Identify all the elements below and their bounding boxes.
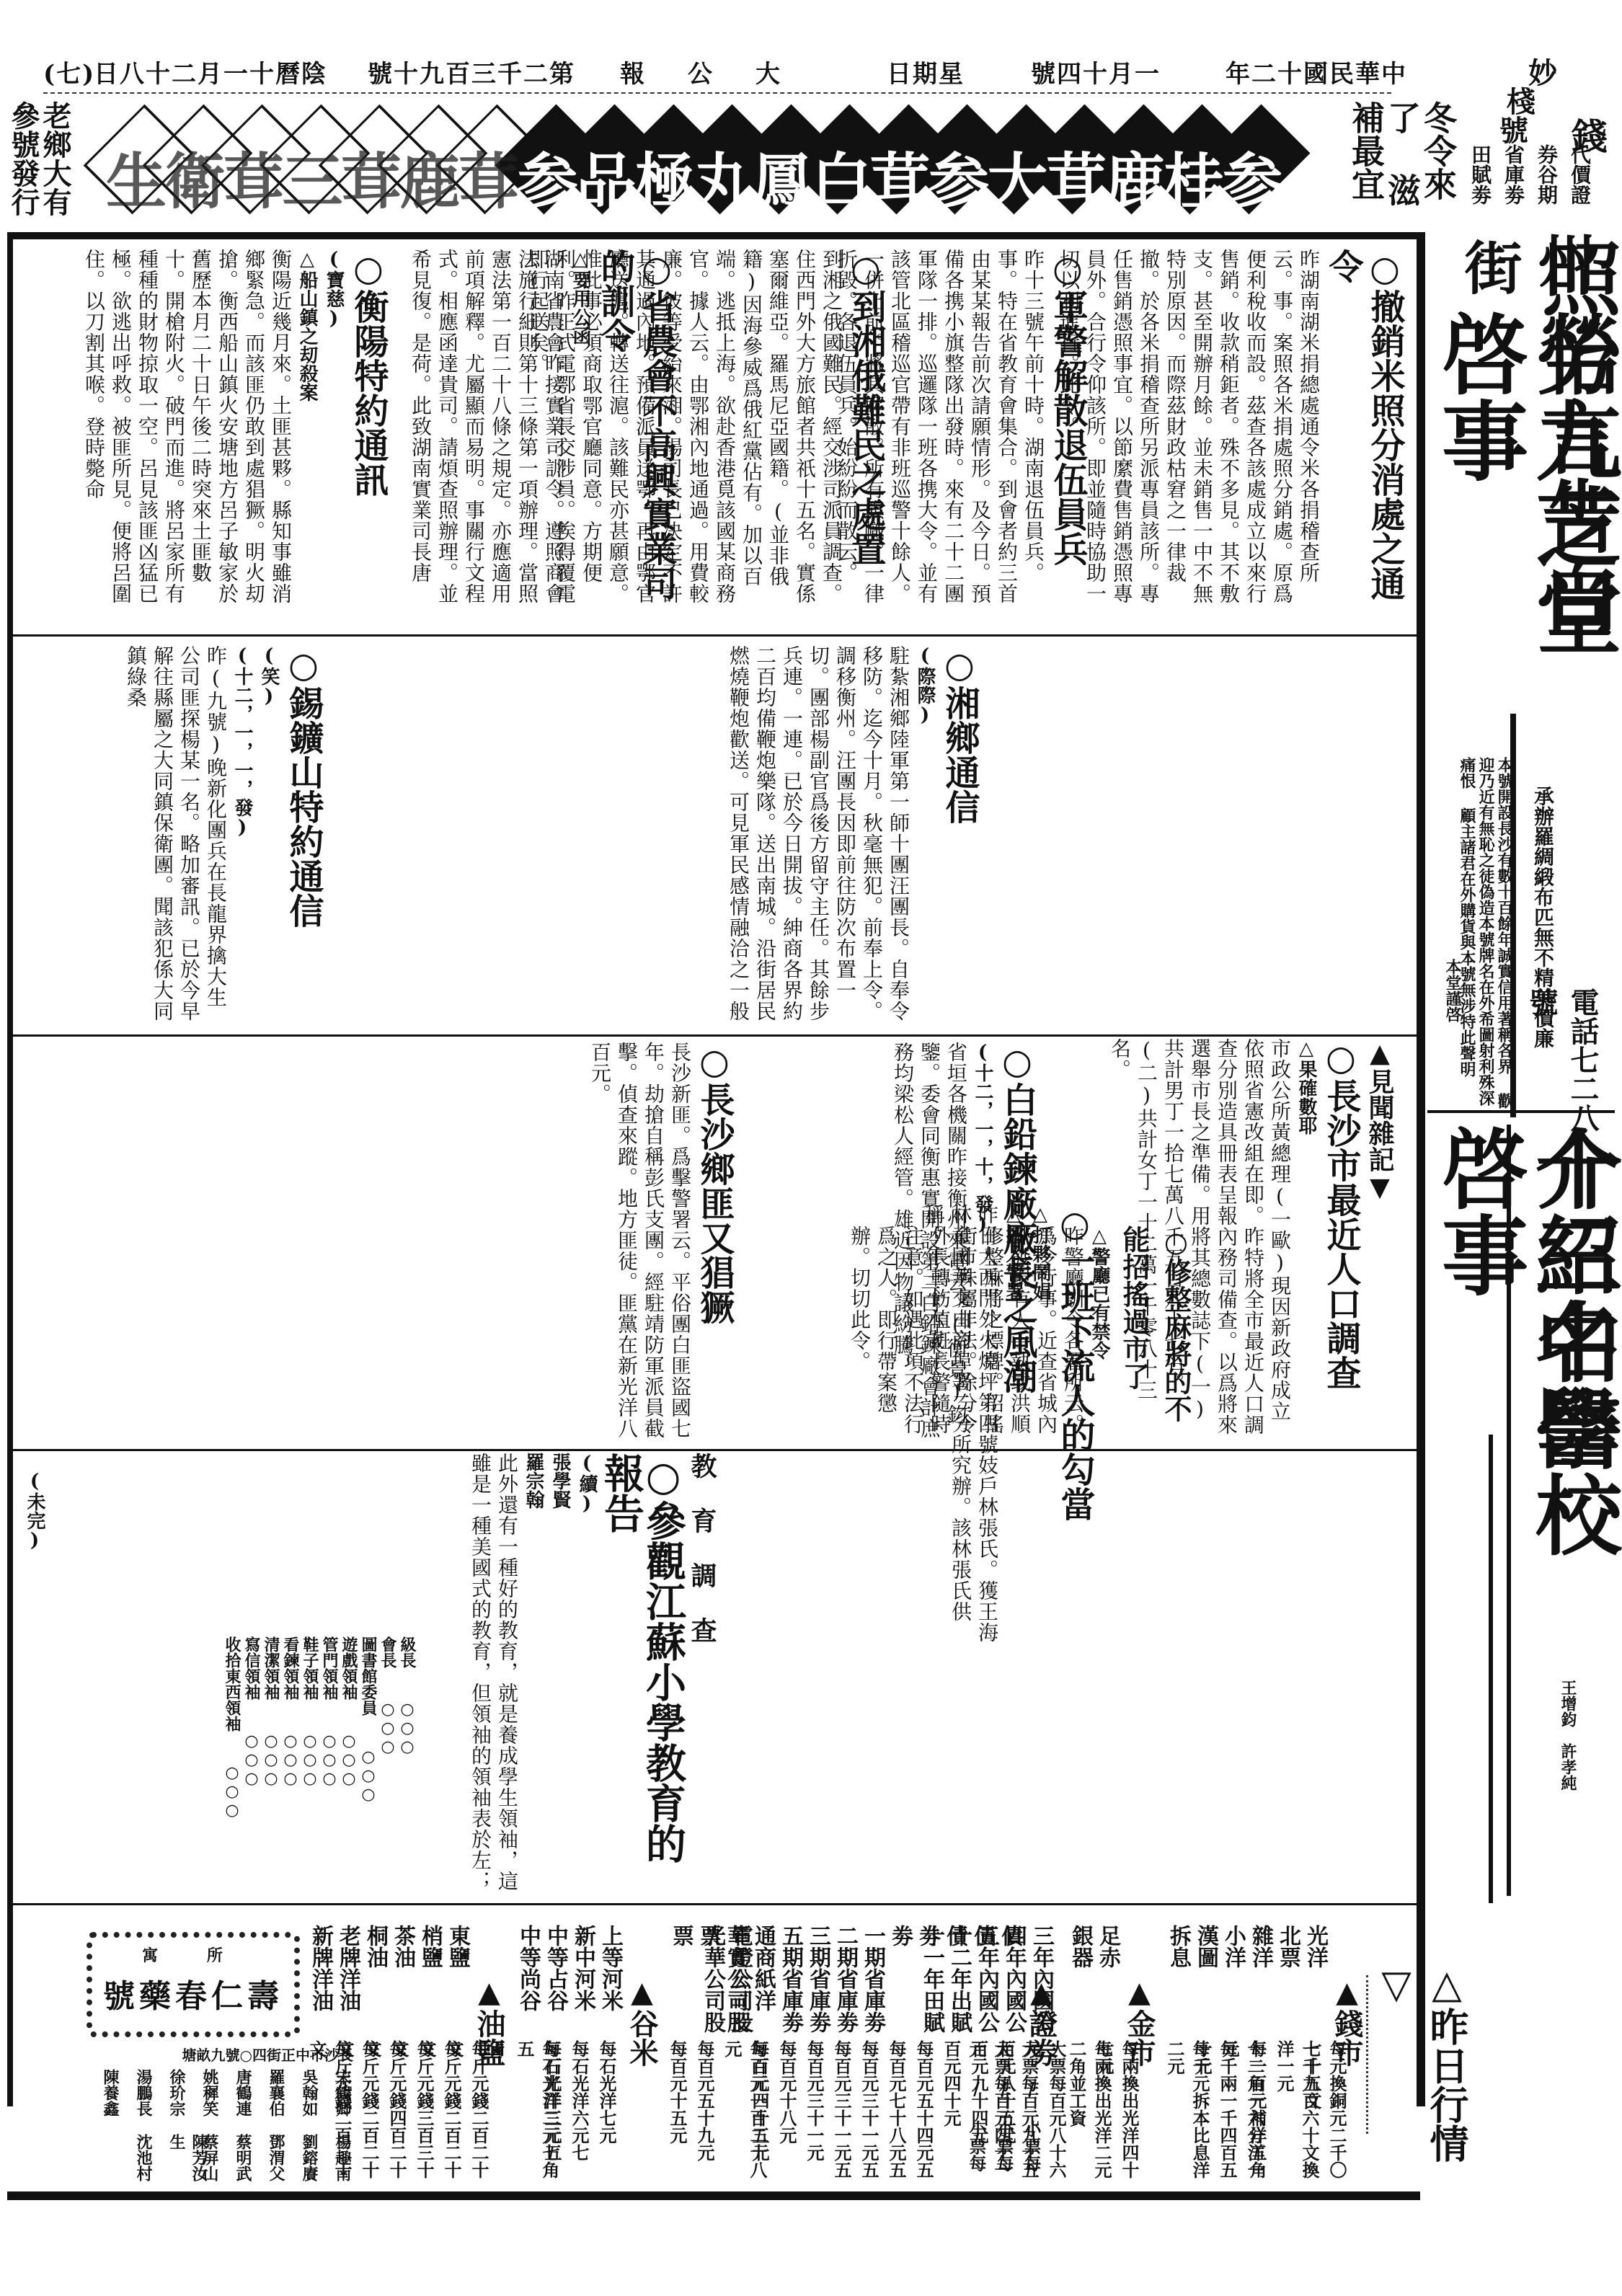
market-value: 每百元十五元: [665, 2040, 690, 2184]
author: 張學賢: [547, 1453, 574, 1896]
author: 羅宗翰: [520, 1453, 547, 1896]
page-number: (七): [43, 54, 95, 89]
byline: (續): [574, 1453, 601, 1896]
market-value: 每兩換出光洋二元二角並工資: [1064, 2040, 1114, 2184]
market-item: 光洋: [1299, 1925, 1331, 2033]
market-item: 小洋: [1217, 1925, 1249, 2033]
paper-name: 大公報: [620, 54, 823, 89]
market-value: 每百元五十四元五: [911, 2040, 936, 2184]
ad-divider: [1510, 714, 1516, 1117]
subhead: △要用公函: [567, 249, 594, 624]
market-item: 三期省庫劵: [802, 1925, 833, 2033]
article-body: 昨湖南湖米捐總處通令米各捐稽查所云。事。案照各米捐處照分銷處。原爲便利稅收而設。…: [1055, 249, 1322, 624]
lunar-date: 陰曆十一月二十八日: [94, 54, 327, 89]
article-vagrants: ○一班下流人的勾當 △打夥鬧娼 △扭入警署 昨日大西門外火燒坪第四號妓戶林張氏。…: [721, 1204, 1096, 1651]
pharmacy-title: 壽仁春藥號: [92, 1970, 294, 2016]
market-value: 大票每百元四十一元 / 小票每百元四十元: [939, 2040, 1014, 2184]
market-value: 每百元一百二十八元: [719, 2040, 770, 2184]
doctor-introducers: 王增鈞 許孝純: [1557, 1680, 1579, 1896]
market-title: △昨日行情▽: [1373, 1961, 1475, 2163]
banner-diamond: 生: [94, 105, 179, 223]
yanxing-ad-title: 照怡言告白: [1528, 238, 1622, 743]
lower-band-divider: [7, 1449, 1420, 1451]
ad-h-divider: [1427, 1110, 1615, 1113]
article-body: 昨日大西門外火燒坪第四號妓戶林張氏。獲王海林童國華交由商埠署二分所究辦。該林張氏…: [921, 1204, 1001, 1651]
diamond-char: 生: [94, 133, 179, 221]
subhead: △果確數耶: [1293, 1038, 1320, 1442]
headline: ○長沙市最近人口調查: [1320, 1038, 1362, 1442]
weekday: 星期日: [887, 54, 965, 89]
market-item: 五期省庫劵: [774, 1925, 806, 2033]
pharmacy-name: 楊趣南: [332, 2134, 354, 2181]
market-item: 足赤: [1091, 1925, 1123, 2033]
banner-right-slogan: 冬令來了 滋補最宜: [1348, 101, 1456, 231]
leader-row: 看鍊領袖 ○○○: [280, 1636, 302, 1874]
market-value: 每石光洋二元七角五: [512, 2040, 562, 2184]
market-value: 每千元拆本比息洋二元: [1162, 2040, 1213, 2184]
dateline: (十二，一，一，發): [229, 645, 256, 1024]
headline: ○修整麻將的不能招搖過市了: [1113, 1225, 1197, 1442]
market-item: 中等占谷: [539, 1925, 571, 2033]
market-value: 每百元三十一元五: [829, 2040, 854, 2184]
pharmacy-name: 羅襄伯: [265, 2069, 288, 2117]
left-border: [7, 232, 13, 2106]
pharmacy-address: 長沙市中正街四○號九畝塘: [43, 2044, 353, 2065]
article-body: 昨(九號)晚新化團兵在長龍界擒大生公司匪探楊某一名。略加審訊。已於今早解往縣屬之…: [123, 645, 229, 1024]
top-right-ad-title: 妙 棧 號 錢: [1485, 50, 1615, 137]
pharmacy-name: 鄧渭父: [265, 2134, 288, 2181]
market-value: 每百元三十一元五: [856, 2040, 882, 2184]
article-continued: (未完): [22, 1471, 48, 1889]
headline: ○參觀江蘇小學教育的報告: [601, 1453, 684, 1896]
article-body: 此外還有一種好的教育，就是養成學生領袖，這雖是一種美國式的教育，但領袖的領袖表於…: [467, 1453, 520, 1896]
market-item: 十一年田賦劵: [884, 1925, 947, 2033]
leader-row: 收拾東西領袖 ○○○: [221, 1636, 244, 1874]
section-label: 教育調查: [684, 1453, 721, 1896]
byline: (際際): [912, 645, 939, 1024]
leader-row: 管門領袖 ○○○: [319, 1636, 341, 1874]
market-item: 老牌洋油: [332, 1925, 363, 2033]
market-value: 每石光洋七元: [594, 2040, 619, 2184]
subhead: △打夥鬧娼: [1027, 1204, 1054, 1651]
pharmacy-ad-frame: 寓 所 壽仁春藥號: [87, 1932, 300, 2037]
headline: ○到湘俄難民之處置: [845, 249, 887, 624]
headline: ○湘鄉通信: [939, 645, 980, 1024]
article-body: 湖南省農會昨接實業司訓令。遵照商會法施行細則第十三條第一項辦理。當照憲法第一百二…: [407, 249, 567, 624]
pharmacy-name: 姚穉笑: [199, 2069, 221, 2117]
subhead: △船山鎮之刧殺案: [294, 249, 321, 624]
article-changsha-population: ▲見聞雜記▼ ○長沙市最近人口調查 △果確數耶 市政公所黃總理(一歐)現因新政府…: [1197, 1038, 1399, 1442]
market-value: 每百元十八元: [774, 2040, 799, 2184]
market-value: 一千九百六十文換洋一元: [1272, 2040, 1322, 2184]
pharmacy-name: 吳翰如: [298, 2069, 321, 2117]
market-item: 二期省庫劵: [829, 1925, 861, 2033]
issue-number: 第二千三百九十號: [368, 54, 575, 89]
market-item: 銀器: [1064, 1925, 1096, 2033]
ad-divider-3: [1489, 1435, 1493, 1903]
top-border: [7, 232, 1420, 239]
market-item: 桐油: [359, 1925, 391, 2033]
pharmacy-name: 陳芳汝生: [166, 2134, 210, 2191]
leader-row: 級長 ○○○: [396, 1636, 419, 1874]
masthead: (七) 陰曆十一月二十八日 第二千三百九十號 大公報 星期日 一月十四號 中華民…: [43, 54, 1413, 90]
article-jiangsu-education: 教育調查 ○參觀江蘇小學教育的報告 (續) 張學賢 羅宗翰 此外還有一種好的教育…: [404, 1453, 721, 1896]
article-hengyang: ○衡陽特約通訊 (寶慈) △船山鎮之刧殺案 衡陽近幾月來。土匪甚夥。縣知事雖消鄉…: [22, 249, 389, 624]
bottom-border: [7, 2191, 1420, 2200]
middle-band-divider: [7, 1034, 1420, 1037]
headline: ○錫鑛山特約通信: [283, 645, 324, 1024]
article-agri-society: ○省農會不高興實業司的訓令 △要用公函 湖南省農會昨接實業司訓令。遵照商會法施行…: [389, 249, 678, 624]
pharmacy-names: 宋鶴卿吳翰如羅襄伯唐鶴連姚穉笑徐玠宗湯鵬長陳養鑫楊趣南劉鎔賡鄧渭父蔡明武蔡屏山陳…: [58, 2069, 360, 2191]
market-item: 中等尚谷: [512, 1925, 544, 2033]
market-item: 茶油: [386, 1925, 418, 2033]
headline: ○軍警解散退伍員兵: [1047, 249, 1089, 624]
market-item: 雜洋: [1244, 1925, 1276, 2033]
pharmacy-name: 徐玠宗: [166, 2069, 188, 2117]
leader-row: 遊戲領袖 ○○○: [338, 1636, 360, 1874]
headline: ○省農會不高興實業司的訓令: [594, 249, 678, 624]
article-xiangxiang: ○湘鄉通信 (際際) 駐紮湘鄉陸軍第一師十團汪團長。自奉令移防。迄今十月。秋毫無…: [735, 645, 980, 1024]
article-body: 長沙新匪。爲擊警署云。平俗團白匪盜國七年。劫搶自稱彭氏支團。經駐靖防軍派員截擊。…: [587, 1042, 693, 1442]
market-divider: [7, 1903, 1420, 1905]
pharmacy-name: 陳養鑫: [99, 2069, 122, 2117]
headline: ○衡陽特約通訊: [347, 249, 389, 624]
market-item: 上等河米: [594, 1925, 626, 2033]
article-body: 衡陽近幾月來。土匪甚夥。縣知事雖消鄉緊急。而該匪仍敢到處猖獗。明火刧搶。衡西船山…: [81, 249, 294, 624]
leader-row: 會長 ○○○: [377, 1636, 399, 1874]
article-changsha-bandit: ○長沙鄉匪又猖獗 長沙新匪。爲擊警署云。平俗團白匪盜國七年。劫搶自稱彭氏支團。經…: [461, 1042, 735, 1442]
pharmacy-name: 劉鎔賡: [298, 2134, 321, 2181]
headline: ○撤銷米照分消處之通令: [1322, 249, 1406, 624]
article-body: 駐紮湘鄉陸軍第一師十團汪團長。自奉令移防。迄今十月。秋毫無犯。前奉上令。調移衡州…: [725, 645, 912, 1024]
school-notice-title: 十三中學校啓事: [1431, 1125, 1618, 1629]
article-russian-refugees: ○到湘俄難民之處置 到湘之俄國難民。經交涉司派員調查。住西門外大方旅館者共祇十五…: [678, 249, 887, 624]
leader-row: 圖書館委員 ○○○: [358, 1636, 380, 1874]
byline: (笑): [256, 645, 283, 1024]
market-item: 梢鹽: [414, 1925, 446, 2033]
market-item: 新牌洋油: [304, 1925, 336, 2033]
subhead: △扭入警署: [1001, 1204, 1027, 1651]
market-item: 漢圖: [1189, 1925, 1221, 2033]
market-item: 拆息: [1162, 1925, 1194, 2033]
leader-row: 清潔領袖 ○○○: [260, 1636, 283, 1874]
section-label: ▲見聞雜記▼: [1362, 1038, 1399, 1442]
right-column-border: [1417, 232, 1425, 2106]
article-mahjong: ○修整麻將的不能招搖過市了 △警廳已有禁令 昨警廳訓令各署所云。爲令行事。近查省…: [1081, 1225, 1197, 1442]
pharmacy-name: 湯鵬長: [133, 2069, 155, 2117]
market-value: 每百元三十一元: [802, 2040, 827, 2184]
market-item: 北票: [1272, 1925, 1303, 2033]
banner-left-slogan: 老鄉大有 參號發行: [7, 101, 71, 227]
masthead-divider: [43, 92, 1391, 94]
byline: (寶慈): [321, 249, 347, 624]
market-section-heading: ▲谷米: [621, 1975, 662, 2119]
article-disband: ○軍警解散退伍員兵 昨十三號午前十時。湖南退伍員兵。事。特在省教育會集合。到會者…: [887, 249, 1089, 624]
market-item: 新中河米: [567, 1925, 598, 2033]
yanxing-body: 本號開設長沙有數十百餘年誠實信用著稱各界 歡迎乃近有無恥之徒偽造本號牌名在外希圖…: [1456, 757, 1514, 1110]
top-right-ad-items: 代價證 券谷期 省庫劵 田賦劵: [1463, 144, 1596, 209]
pharmacy-name: 宋鶴卿: [332, 2069, 354, 2117]
article-rice-tax: ○撤銷米照分消處之通令 昨湖南湖米捐總處通令米各捐稽查所云。事。案照各米捐處照分…: [1089, 249, 1406, 624]
article-xikuangshan: ○錫鑛山特約通信 (笑) (十二，一，一，發) 昨(九號)晚新化團兵在長龍界擒大…: [22, 645, 324, 1024]
pharmacy-name: 沈池村: [133, 2134, 155, 2181]
market-item: 東鹽: [441, 1925, 473, 2033]
pharmacy-name: 唐鶴連: [232, 2069, 254, 2117]
pharmacy-name: 蔡明武: [232, 2134, 254, 2181]
headline: ○一班下流人的勾當: [1054, 1204, 1096, 1651]
leader-row: 鞋子領袖 ○○○: [299, 1636, 322, 1874]
pharmacy-subtitle: 寓 所: [92, 1943, 294, 1966]
leader-row: 寫信領袖 ○○○: [241, 1636, 263, 1874]
market-value: 每石光洋六元七: [567, 2040, 592, 2184]
republic-year: 中華民國十二年: [1226, 54, 1407, 89]
yanxing-signed: 本堂謹啓: [1442, 959, 1464, 1045]
market-item: 光華公司股票: [665, 1925, 728, 2033]
market-value: 每百元五十九元: [692, 2040, 717, 2184]
gregorian-date: 一月十四號: [1031, 54, 1161, 89]
leaders-table: 級長 ○○○會長 ○○○圖書館委員 ○○○遊戲領袖 ○○○管門領袖 ○○○鞋子領…: [216, 1636, 418, 1881]
banner-ad: 参桂鹿茸大参茸白鳳丸極品参茸鹿茸三茸衛生: [94, 101, 1269, 227]
upper-band-divider: [7, 634, 1420, 637]
market-value: 每百元七十八元五: [884, 2040, 909, 2184]
market-item: 一期省庫劵: [856, 1925, 888, 2033]
